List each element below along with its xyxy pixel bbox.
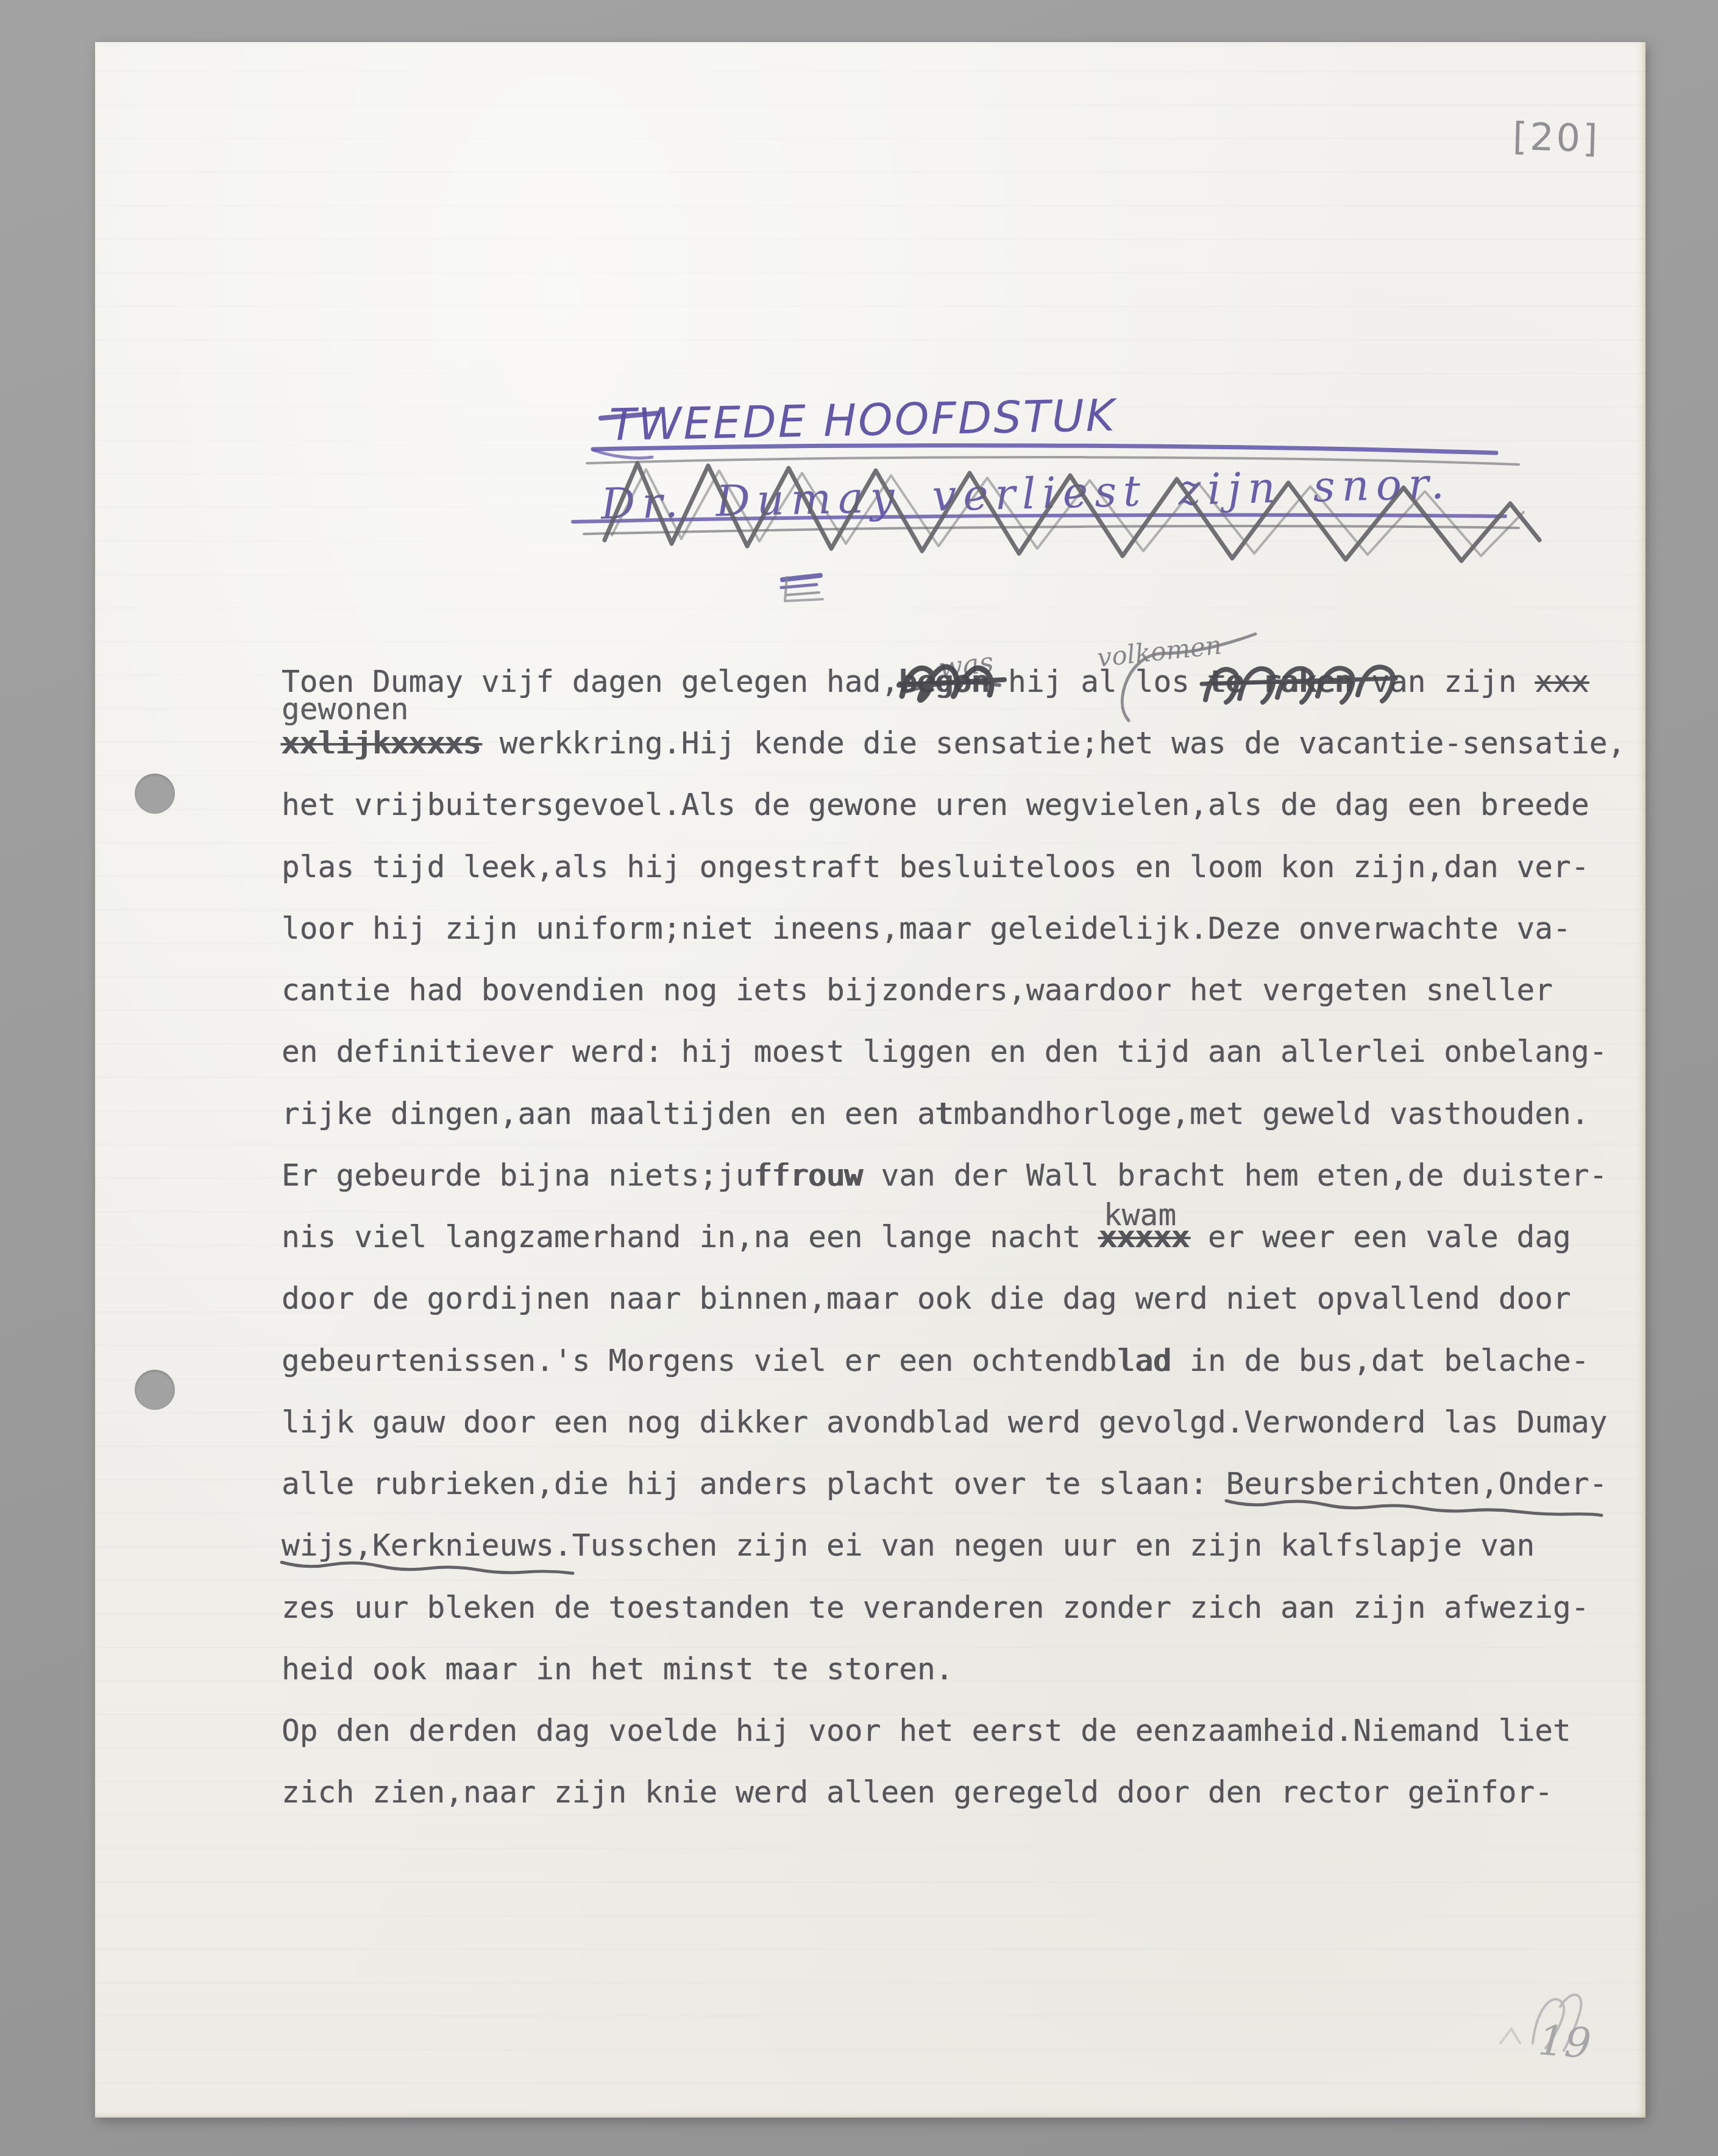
overtyped-word: xxlijkxxxxs [282, 725, 481, 761]
manuscript-scan-page: TWEEDE HOOFDSTUK Dr. Dumay verliest zijn… [0, 0, 1718, 2156]
page-number: 19 [1536, 2016, 1592, 2068]
typed-text: los [1135, 664, 1208, 699]
typed-text: Tusschen zijn ei van negen uur en zijn k… [572, 1528, 1535, 1563]
punch-hole-top [135, 774, 175, 814]
typed-text: mbandhorloge,met geweld vasthouden. [954, 1096, 1589, 1131]
typed-line-18: Op den derden dag voelde hij voor het ee… [282, 1712, 1571, 1749]
typed-text: alle rubrieken,die hij anders placht ove… [282, 1466, 1226, 1501]
chapter-title-handwritten: TWEEDE HOOFDSTUK [609, 390, 1116, 450]
struck-xxx: xxx [1535, 664, 1589, 699]
underlined-words: wijs,Kerknieuws. [282, 1528, 572, 1563]
typed-text: hij al [990, 664, 1135, 699]
typed-line-9: Er gebeurde bijna niets;juffrouw van der… [282, 1156, 1608, 1194]
typed-line-19: zich zien,naar zijn knie werd alleen ger… [282, 1773, 1553, 1811]
overtyped-letter: t [935, 1096, 954, 1131]
crossed-out-subtitle: Dr. Dumay verliest zijn snor. [600, 458, 1452, 529]
paper-sheet: TWEEDE HOOFDSTUK Dr. Dumay verliest zijn… [95, 42, 1645, 2118]
punch-hole-bottom [135, 1370, 175, 1410]
struck-word: xxxxx [1099, 1219, 1190, 1254]
typed-line-15: wijs,Kerknieuws.Tusschen zijn ei van neg… [282, 1526, 1535, 1564]
typed-text: van zijn [1353, 664, 1535, 699]
typed-line-16: zes uur bleken de toestanden te verander… [282, 1589, 1589, 1626]
typed-line-2: xxlijkxxxxs werkkring.Hij kende die sens… [282, 724, 1625, 762]
typed-line-6: cantie had bovendien nog iets bijzonders… [282, 971, 1553, 1009]
typed-line-5: loor hij zijn uniform;niet ineens,maar g… [282, 909, 1571, 947]
typed-line-3: het vrijbuitersgevoel.Als de gewone uren… [282, 786, 1589, 824]
typed-line-12: gebeurtenissen.'s Morgens viel er een oc… [282, 1342, 1589, 1379]
typed-line-11: door de gordijnen naar binnen,maar ook d… [282, 1279, 1571, 1317]
typed-text: in de bus,dat belache- [1171, 1343, 1589, 1378]
typed-text: gebeurtenissen.'s Morgens viel er een oc… [282, 1343, 1117, 1378]
typed-interline-gewonen: gewonen [282, 690, 409, 728]
typed-text: nis viel langzamerhand in,na een lange n… [282, 1219, 1099, 1254]
typed-line-17: heid ook maar in het minst te storen. [282, 1650, 954, 1688]
archive-number-mark: [20] [1512, 114, 1600, 161]
struck-word: begon [899, 664, 990, 699]
typed-line-13: lijk gauw door een nog dikker avondblad … [282, 1403, 1608, 1441]
underlined-words: Beursberichten,Onder- [1226, 1466, 1608, 1501]
struck-words: te raken [1208, 664, 1353, 699]
typed-text: rijke dingen,aan maaltijden en een a [282, 1096, 935, 1131]
typed-line-4: plas tijd leek,als hij ongestraft beslui… [282, 848, 1589, 886]
typed-text: Er gebeurde bijna niets;ju [282, 1158, 754, 1193]
typed-text: van der Wall bracht hem eten,de duister- [863, 1158, 1608, 1193]
typed-line-1: Toen Dumay vijf dagen gelegen had,begon … [282, 663, 1589, 700]
typed-text: werkkring.Hij kende die sensatie;het was… [481, 725, 1626, 761]
typed-line-7: en definitiever werd: hij moest liggen e… [282, 1033, 1608, 1070]
typed-line-14: alle rubrieken,die hij anders placht ove… [282, 1465, 1608, 1503]
typed-text: er weer een vale dag [1190, 1219, 1571, 1254]
overtyped-letters: lad [1117, 1343, 1171, 1378]
typed-line-10: nis viel langzamerhand in,na een lange n… [282, 1218, 1571, 1256]
typed-line-8: rijke dingen,aan maaltijden en een atmba… [282, 1095, 1589, 1133]
overtyped-letters: ffrouw [754, 1158, 863, 1193]
